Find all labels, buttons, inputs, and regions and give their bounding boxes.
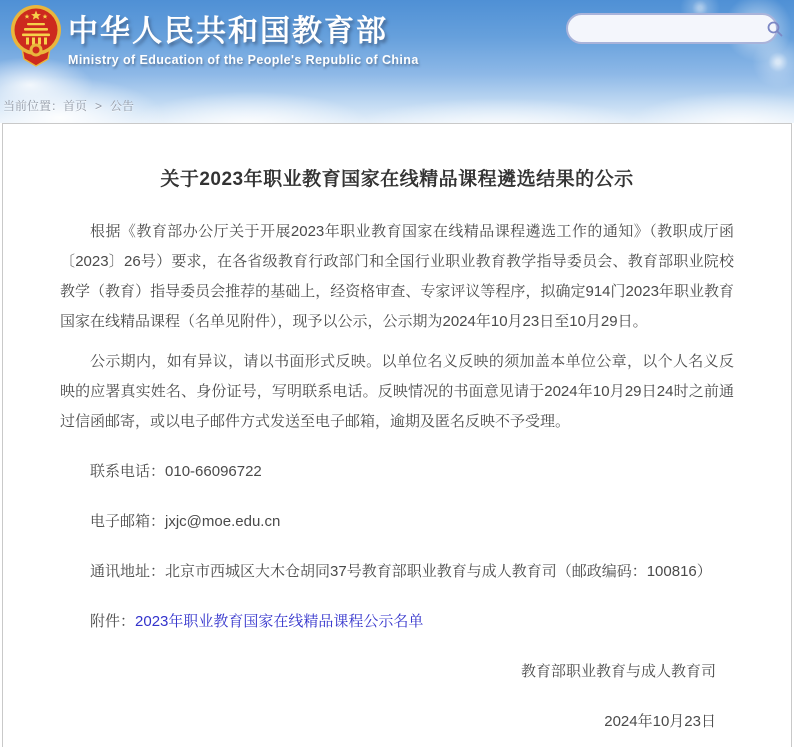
attachment-link[interactable]: 2023年职业教育国家在线精品课程公示名单 [135,613,423,630]
content-card: 关于2023年职业教育国家在线精品课程遴选结果的公示 根据《教育部办公厅关于开展… [2,123,792,747]
contact-phone-line: 联系电话：010-66096722 [60,457,734,487]
contact-email-value: jxjc@moe.edu.cn [165,513,280,530]
search-icon[interactable] [766,20,784,38]
breadcrumb-home-link[interactable]: 首页 [63,99,87,113]
contact-address-label: 通讯地址： [90,563,165,580]
attachment-label: 附件： [90,613,135,630]
contact-email-line: 电子邮箱：jxjc@moe.edu.cn [60,507,734,537]
national-emblem-icon [7,3,65,67]
site-title-block: 中华人民共和国教育部 Ministry of Education of the … [68,6,419,67]
breadcrumb-separator: > [95,99,102,113]
contact-email-label: 电子邮箱： [90,513,165,530]
site-title: 中华人民共和国教育部 [68,6,419,50]
contact-phone-label: 联系电话： [90,463,165,480]
contact-address-line: 通讯地址：北京市西城区大木仓胡同37号教育部职业教育与成人教育司（邮政编码：10… [60,557,734,587]
site-header: 中华人民共和国教育部 Ministry of Education of the … [0,0,794,123]
search-input[interactable] [568,15,766,42]
article-paragraph-1: 根据《教育部办公厅关于开展2023年职业教育国家在线精品课程遴选工作的通知》（教… [60,217,734,337]
contact-address-value: 北京市西城区大木仓胡同37号教育部职业教育与成人教育司（邮政编码：100816） [165,563,712,580]
article-title: 关于2023年职业教育国家在线精品课程遴选结果的公示 [60,164,734,191]
signature: 教育部职业教育与成人教育司 [60,657,734,687]
breadcrumb-prefix: 当前位置： [3,99,63,113]
site-subtitle: Ministry of Education of the People's Re… [68,53,419,67]
attachment-line: 附件：2023年职业教育国家在线精品课程公示名单 [60,607,734,637]
contact-phone-value: 010-66096722 [165,463,262,480]
breadcrumb-current-link[interactable]: 公告 [110,99,134,113]
publish-date: 2024年10月23日 [60,707,734,737]
breadcrumb: 当前位置：首页>公告 [3,97,134,114]
search-box[interactable] [566,13,778,44]
article-paragraph-2: 公示期内，如有异议，请以书面形式反映。以单位名义反映的须加盖本单位公章，以个人名… [60,347,734,437]
